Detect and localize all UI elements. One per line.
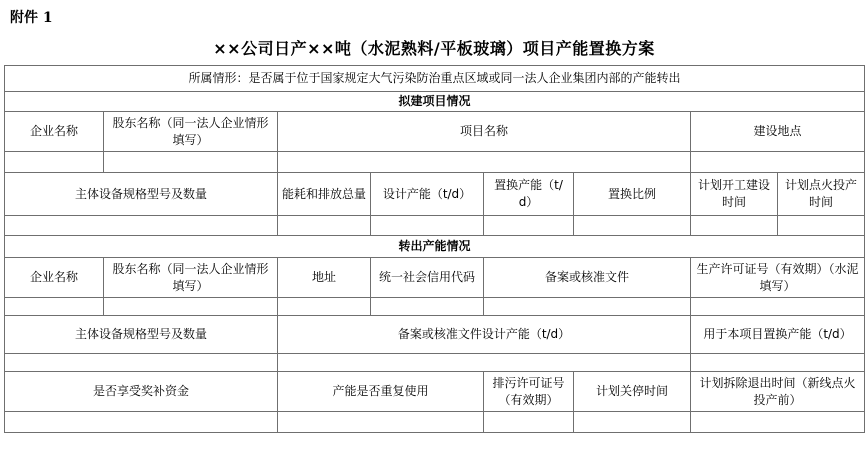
out-equipment-spec-cell xyxy=(5,354,278,372)
planned-start-time-cell xyxy=(691,216,778,236)
demolition-exit-time-header: 计划拆除退出时间（新线点火投产前） xyxy=(691,372,865,412)
construction-site-cell xyxy=(691,152,865,173)
replacement-capacity-cell xyxy=(484,216,574,236)
project-name-header: 项目名称 xyxy=(278,112,691,152)
company-name-cell xyxy=(5,152,104,173)
attachment-label: 附件 1 xyxy=(10,7,53,27)
demolition-exit-time-cell xyxy=(691,412,865,433)
capacity-replacement-table: 所属情形：是否属于位于国家规定大气污染防治重点区域或同一法人企业集团内部的产能转… xyxy=(4,65,865,433)
credit-code-header: 统一社会信用代码 xyxy=(371,258,484,298)
out-equipment-spec-header: 主体设备规格型号及数量 xyxy=(5,316,278,354)
energy-emission-cell xyxy=(278,216,371,236)
capacity-for-this-project-cell xyxy=(691,354,865,372)
energy-emission-header: 能耗和排放总量 xyxy=(278,173,371,216)
out-company-name-cell xyxy=(5,298,104,316)
replacement-ratio-header: 置换比例 xyxy=(574,173,691,216)
situation-cell: 所属情形：是否属于位于国家规定大气污染防治重点区域或同一法人企业集团内部的产能转… xyxy=(5,66,865,92)
out-company-name-header: 企业名称 xyxy=(5,258,104,298)
design-capacity-cell xyxy=(371,216,484,236)
construction-site-header: 建设地点 xyxy=(691,112,865,152)
filing-design-capacity-cell xyxy=(278,354,691,372)
section2-title: 转出产能情况 xyxy=(5,236,865,258)
equipment-spec-header: 主体设备规格型号及数量 xyxy=(5,173,278,216)
production-license-header: 生产许可证号（有效期）（水泥填写） xyxy=(691,258,865,298)
planned-start-time-header: 计划开工建设时间 xyxy=(691,173,778,216)
address-header: 地址 xyxy=(278,258,371,298)
pollution-permit-header: 排污许可证号（有效期） xyxy=(484,372,574,412)
address-cell xyxy=(278,298,371,316)
out-shareholder-name-cell xyxy=(104,298,278,316)
replacement-ratio-cell xyxy=(574,216,691,236)
out-shareholder-name-header: 股东名称（同一法人企业情形填写） xyxy=(104,258,278,298)
shareholder-name-cell xyxy=(104,152,278,173)
filing-document-cell xyxy=(484,298,691,316)
shareholder-name-header: 股东名称（同一法人企业情形填写） xyxy=(104,112,278,152)
capacity-reuse-header: 产能是否重复使用 xyxy=(278,372,484,412)
credit-code-cell xyxy=(371,298,484,316)
equipment-spec-cell xyxy=(5,216,278,236)
document-page: 附件 1 ××公司日产××吨（水泥熟料/平板玻璃）项目产能置换方案 所属情形：是… xyxy=(0,0,868,455)
shutdown-time-cell xyxy=(574,412,691,433)
pollution-permit-cell xyxy=(484,412,574,433)
design-capacity-header: 设计产能（t/d） xyxy=(371,173,484,216)
production-license-cell xyxy=(691,298,865,316)
company-name-header: 企业名称 xyxy=(5,112,104,152)
shutdown-time-header: 计划关停时间 xyxy=(574,372,691,412)
filing-document-header: 备案或核准文件 xyxy=(484,258,691,298)
section1-title: 拟建项目情况 xyxy=(5,92,865,112)
filing-design-capacity-header: 备案或核准文件设计产能（t/d） xyxy=(278,316,691,354)
project-name-cell xyxy=(278,152,691,173)
planned-ignition-time-cell xyxy=(778,216,865,236)
document-title: ××公司日产××吨（水泥熟料/平板玻璃）项目产能置换方案 xyxy=(0,36,868,59)
capacity-reuse-cell xyxy=(278,412,484,433)
capacity-for-this-project-header: 用于本项目置换产能（t/d） xyxy=(691,316,865,354)
replacement-capacity-header: 置换产能（t/d） xyxy=(484,173,574,216)
planned-ignition-time-header: 计划点火投产时间 xyxy=(778,173,865,216)
subsidy-received-cell xyxy=(5,412,278,433)
subsidy-received-header: 是否享受奖补资金 xyxy=(5,372,278,412)
